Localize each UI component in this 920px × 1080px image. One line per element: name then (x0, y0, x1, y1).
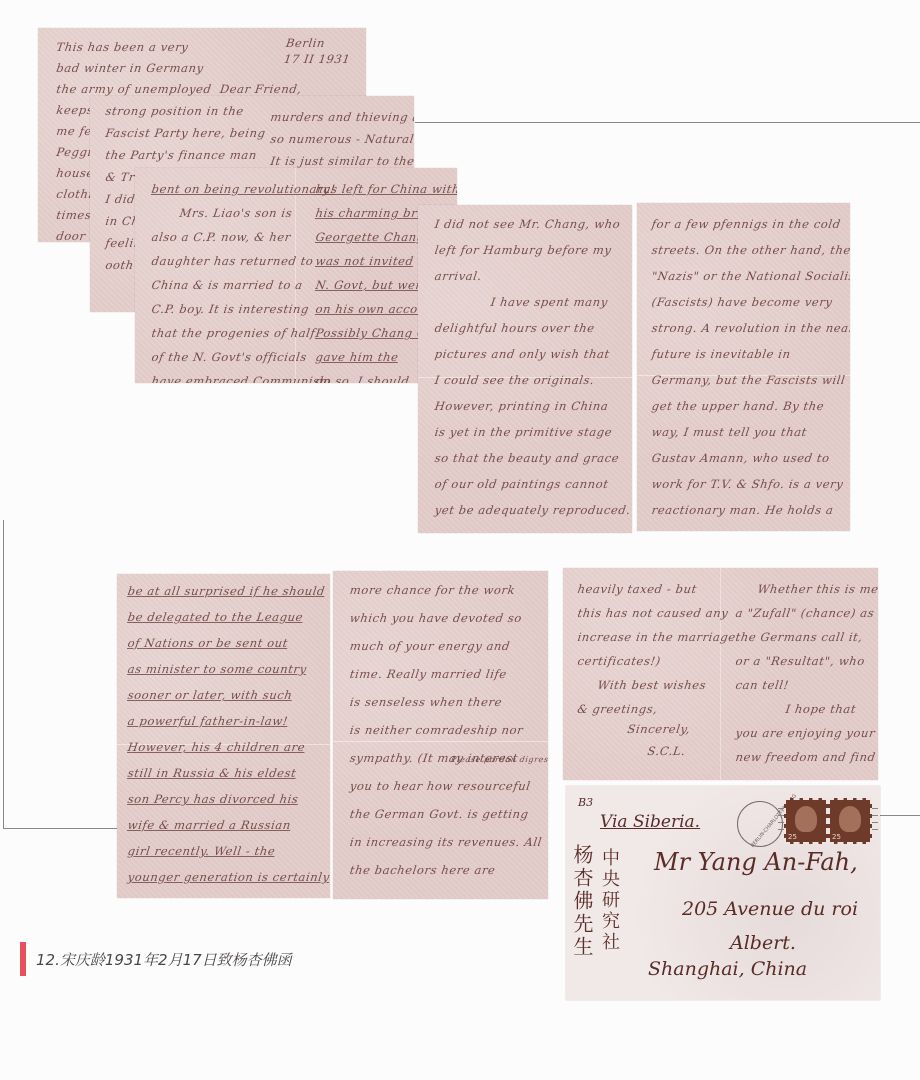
letter-line: This has been a very (55, 40, 213, 61)
letter-line: reactionary man. He holds a (649, 503, 850, 529)
letter-line: murders and thieving are (268, 110, 414, 132)
letter-line: certificates!) (575, 654, 737, 678)
letter-line: Sincerely, (575, 722, 736, 744)
letter-line: China & is married to a (149, 278, 336, 302)
letter-line: Fascist Party here, being (103, 126, 266, 148)
postage-stamp: 25 (784, 798, 828, 844)
letter-line: heavily taxed - but (575, 582, 737, 606)
letter-line: has left for China with (313, 182, 457, 206)
letter-line: the Party's finance man (103, 148, 266, 170)
letter-line: can tell! (733, 678, 878, 702)
letter-line: Whether this is merely (733, 582, 878, 606)
letter-line: is senseless when there (347, 695, 543, 723)
letter-line: for a few pfennigs in the cold (649, 217, 850, 243)
letter-line: in increasing its revenues. All (347, 835, 543, 863)
letter-line: more chance for the work (347, 583, 543, 611)
letter-sheet-front: bent on being revolutionary! Mrs. Liao's… (135, 168, 457, 383)
letter-place: Berlin (285, 36, 326, 50)
letter-line: future is inevitable in (649, 347, 850, 373)
letter-line: so that the beauty and grace (432, 451, 631, 477)
letter-line: delightful hours over the (432, 321, 631, 347)
letter-line: sooner or later, with such (125, 688, 330, 714)
letter-line: new freedom and find (733, 750, 878, 774)
letter-line: left for Hamburg before my (432, 243, 631, 269)
postage-stamp: 25 (828, 798, 872, 844)
page-rule-bottom (3, 828, 118, 829)
interlinear-note: Please pardon digression! (450, 755, 548, 764)
envelope-street: 205 Avenue du roi (682, 898, 858, 920)
letter-line: of the N. Govt's officials (149, 350, 336, 374)
letter-line: you to hear how resourceful (347, 779, 543, 807)
chinese-institution: 中央研究社 (596, 848, 622, 953)
letter-line: the bachelors here are (347, 863, 543, 891)
letter-line: I have spent many (432, 295, 631, 321)
letter-line: However, his 4 children are (125, 740, 330, 766)
letter-line: girl recently. Well - the (125, 844, 330, 870)
letter-line: I hope that (733, 702, 878, 726)
letter-line: increase in the marriage (575, 630, 737, 654)
letter-line: work for T.V. & Shfo. is a very (649, 477, 850, 503)
letter-line: Gustav Amann, who used to (649, 451, 850, 477)
letter-line: get the upper hand. By the (649, 399, 850, 425)
letter-line: wife & married a Russian (125, 818, 330, 844)
letter-line: which you have devoted so (347, 611, 543, 639)
envelope-addressee: Mr Yang An-Fah, (654, 848, 858, 876)
letter-line: yet be adequately reproduced. (432, 503, 631, 529)
letter-line: this has not caused any (575, 606, 737, 630)
letter-signature: S.C.L. (575, 744, 736, 766)
page-rule-left-vertical (3, 520, 4, 829)
envelope-city: Shanghai, China (648, 958, 807, 980)
letter-line: of Nations or be sent out (125, 636, 330, 662)
letter-line: much of your energy and (347, 639, 543, 667)
letter-line: as minister to some country (125, 662, 330, 688)
letter-line: With best wishes (575, 678, 737, 702)
letter-line: "Nazis" or the National Socialists (649, 269, 850, 295)
letter-line: so numerous - Naturally! (268, 132, 414, 154)
letter-line: (Fascists) have become very (649, 295, 850, 321)
letter-line: the Germans call it, (733, 630, 878, 654)
letter-line: is neither comradeship nor (347, 723, 543, 751)
letter-date: 17 II 1931 (283, 52, 351, 66)
letter-line: of our old paintings cannot (432, 477, 631, 503)
stamp-value: 25 (788, 833, 797, 841)
stamp-portrait (795, 806, 817, 832)
letter-line: time. Really married life (347, 667, 543, 695)
letter-line: you are enjoying your (733, 726, 878, 750)
letter-line: Germany, but the Fascists will (649, 373, 850, 399)
letter-sheet-mid-left: I did not see Mr. Chang, who left for Ha… (418, 205, 632, 533)
letter-sheet-bottom-middle: more chance for the work which you have … (333, 571, 548, 899)
letter-line: strong. A revolution in the near (649, 321, 850, 347)
letter-line: daughter has returned to (149, 254, 336, 278)
chinese-addressee: 杨杏佛先生 (568, 844, 597, 959)
letter-sheet-mid-right: for a few pfennigs in the cold streets. … (637, 203, 850, 531)
letter-line: I could see the originals. (432, 373, 631, 399)
letter-line: pictures and only wish that (432, 347, 631, 373)
stamp-portrait (839, 806, 861, 832)
caption-text: 12.宋庆龄1931年2月17日致杨杏佛函 (36, 949, 292, 970)
letter-salutation: Dear Friend, (219, 82, 303, 96)
envelope-street-2: Albert. (730, 932, 796, 954)
letter-line: or a "Resultat", who (733, 654, 878, 678)
letter-line: streets. On the other hand, the (649, 243, 850, 269)
envelope: B3 Via Siberia. BERLIN-CHARLOTTENBURG 25… (566, 786, 880, 1000)
letter-line: Mrs. Liao's son is (149, 206, 336, 230)
letter-line: be at all surprised if he should (125, 584, 330, 610)
letter-line: a powerful father-in-law! (125, 714, 330, 740)
letter-line: be delegated to the League (125, 610, 330, 636)
letter-line: still in Russia & his eldest (125, 766, 330, 792)
envelope-mark: B3 (578, 796, 593, 809)
page-rule-top (415, 122, 920, 123)
page-rule-bottom-right (880, 815, 920, 816)
letter-sheet-bottom-right: heavily taxed - but this has not caused … (563, 568, 878, 780)
letter-line: way, I must tell you that (649, 425, 850, 451)
postmark: BERLIN-CHARLOTTENBURG (737, 801, 783, 847)
letter-line: I did not see Mr. Chang, who (432, 217, 631, 243)
letter-line: have embraced Communism (149, 374, 336, 383)
letter-line: is yet in the primitive stage (432, 425, 631, 451)
letter-line: bent on being revolutionary! (149, 182, 336, 206)
letter-line: that the progenies of half (149, 326, 336, 350)
figure-caption: 12.宋庆龄1931年2月17日致杨杏佛函 (20, 942, 292, 976)
letter-line: However, printing in China (432, 399, 631, 425)
letter-line: also a C.P. now, & her (149, 230, 336, 254)
stamp-value: 25 (832, 833, 841, 841)
envelope-routing: Via Siberia. (600, 812, 700, 832)
letter-line: strong position in the (103, 104, 266, 126)
letter-line: bad winter in Germany (55, 61, 213, 82)
letter-line: the German Govt. is getting (347, 807, 543, 835)
caption-accent-bar (20, 942, 26, 976)
letter-sheet-bottom-left: be at all surprised if he should be dele… (117, 574, 330, 898)
letter-line: son Percy has divorced his (125, 792, 330, 818)
letter-line: & greetings, (576, 702, 737, 722)
letter-line: arrival. (432, 269, 631, 295)
letter-line: C.P. boy. It is interesting (149, 302, 336, 326)
letter-line: a "Zufall" (chance) as (733, 606, 878, 630)
letter-line: younger generation is certainly (125, 870, 330, 896)
